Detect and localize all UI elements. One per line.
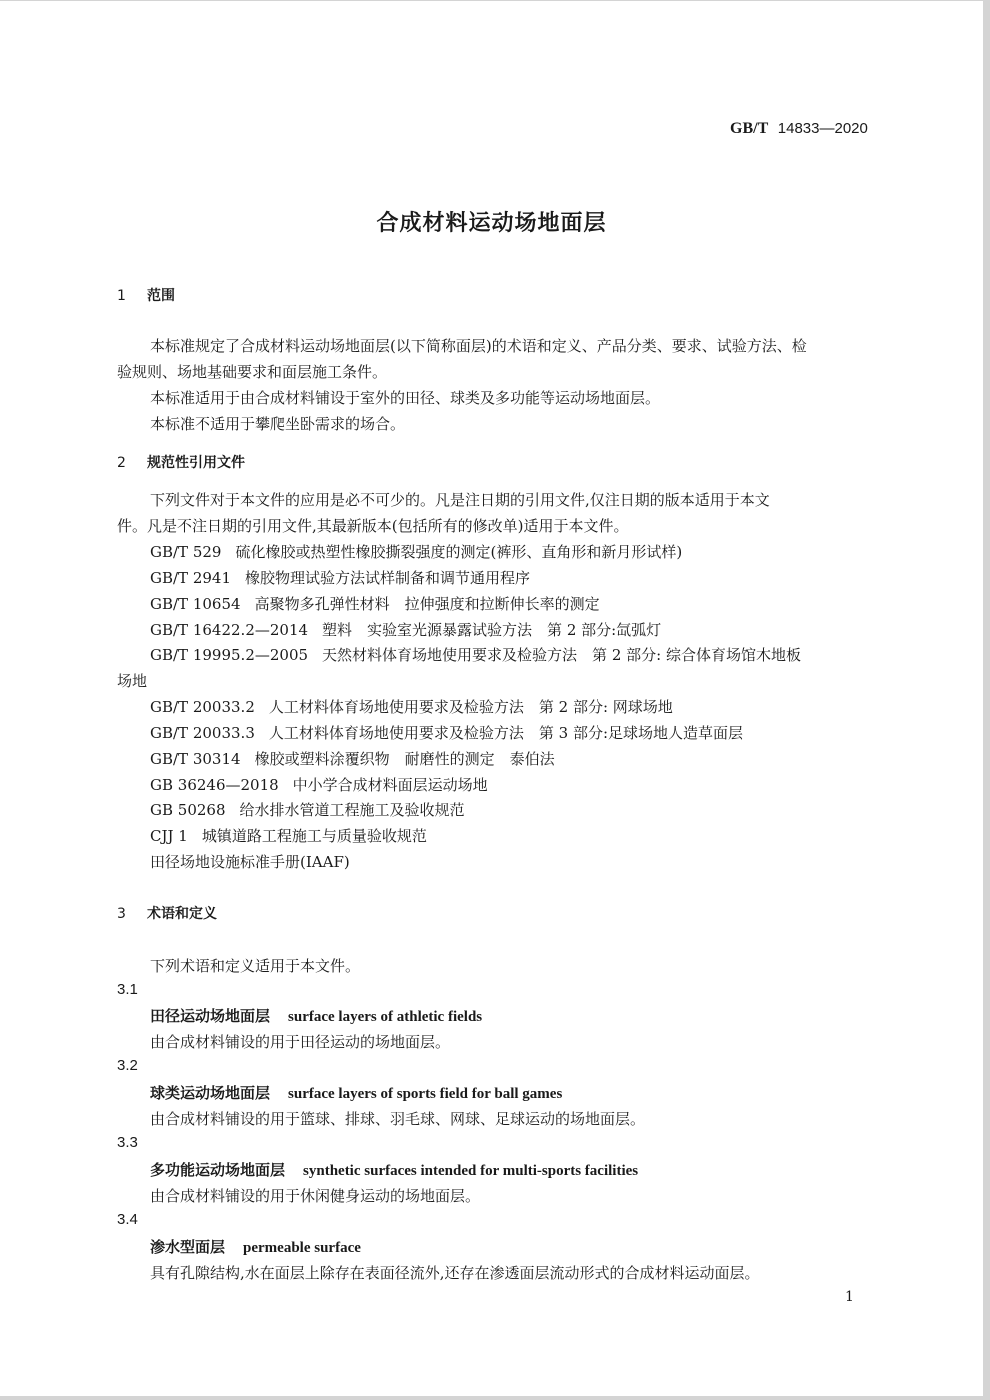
section-number: 2 bbox=[117, 455, 147, 471]
reference-code: GB 36246—2018 bbox=[150, 776, 279, 794]
term-en: surface layers of athletic fields bbox=[288, 1009, 482, 1025]
reference-item: CJJ 1城镇道路工程施工与质量验收规范 bbox=[150, 825, 427, 846]
term-en: surface layers of sports field for ball … bbox=[288, 1086, 562, 1102]
reference-title: 高聚物多孔弹性材料 拉伸强度和拉断伸长率的测定 bbox=[255, 595, 600, 613]
reference-code: GB/T 20033.3 bbox=[150, 724, 255, 742]
term-en: synthetic surfaces intended for multi-sp… bbox=[303, 1163, 638, 1179]
term-definition: 具有孔隙结构,水在面层上除存在表面径流外,还存在渗透面层流动形式的合成材料运动面… bbox=[150, 1262, 760, 1283]
reference-item: GB/T 16422.2—2014塑料 实验室光源暴露试验方法 第 2 部分:氙… bbox=[150, 619, 661, 640]
standard-number: GB/T 14833—2020 bbox=[730, 119, 868, 138]
reference-code: CJJ 1 bbox=[150, 827, 188, 845]
reference-item: 田径场地设施标准手册(IAAF) bbox=[150, 851, 350, 872]
reference-code: GB/T 19995.2—2005 bbox=[150, 646, 308, 664]
document-title: 合成材料运动场地面层 bbox=[0, 206, 983, 237]
section-number: 1 bbox=[117, 288, 147, 304]
term-definition: 由合成材料铺设的用于田径运动的场地面层。 bbox=[150, 1031, 450, 1052]
section-heading-3: 3术语和定义 bbox=[117, 903, 217, 923]
reference-title: 橡胶物理试验方法试样制备和调节通用程序 bbox=[245, 569, 530, 587]
term-heading: 田径运动场地面层surface layers of athletic field… bbox=[150, 1005, 482, 1026]
paragraph: 本标准规定了合成材料运动场地面层(以下简称面层)的术语和定义、产品分类、要求、试… bbox=[150, 335, 807, 356]
reference-item: GB 36246—2018中小学合成材料面层运动场地 bbox=[150, 774, 488, 795]
reference-item: GB/T 20033.2人工材料体育场地使用要求及检验方法 第 2 部分: 网球… bbox=[150, 696, 673, 717]
clause-number: 3.2 bbox=[117, 1057, 138, 1074]
reference-item: GB 50268给水排水管道工程施工及验收规范 bbox=[150, 799, 465, 820]
reference-title: 给水排水管道工程施工及验收规范 bbox=[240, 801, 465, 819]
reference-title: 硫化橡胶或热塑性橡胶撕裂强度的测定(裤形、直角形和新月形试样) bbox=[235, 543, 682, 561]
reference-continuation: 场地 bbox=[117, 670, 147, 691]
term-zh: 渗水型面层 bbox=[150, 1238, 225, 1256]
section-heading-2: 2规范性引用文件 bbox=[117, 452, 245, 472]
section-title: 术语和定义 bbox=[147, 906, 217, 922]
reference-item: GB/T 30314橡胶或塑料涂覆织物 耐磨性的测定 泰伯法 bbox=[150, 748, 555, 769]
term-definition: 由合成材料铺设的用于休闲健身运动的场地面层。 bbox=[150, 1185, 480, 1206]
standard-prefix: GB/T bbox=[730, 120, 768, 137]
standard-code: 14833—2020 bbox=[778, 120, 868, 137]
term-heading: 渗水型面层permeable surface bbox=[150, 1236, 361, 1257]
clause-number: 3.4 bbox=[117, 1211, 138, 1228]
paragraph: 下列术语和定义适用于本文件。 bbox=[150, 955, 360, 976]
section-title: 范围 bbox=[147, 288, 175, 304]
term-definition: 由合成材料铺设的用于篮球、排球、羽毛球、网球、足球运动的场地面层。 bbox=[150, 1108, 645, 1129]
reference-code: GB/T 10654 bbox=[150, 595, 241, 613]
term-heading: 多功能运动场地面层synthetic surfaces intended for… bbox=[150, 1159, 638, 1180]
reference-item: GB/T 20033.3人工材料体育场地使用要求及检验方法 第 3 部分:足球场… bbox=[150, 722, 743, 743]
section-title: 规范性引用文件 bbox=[147, 455, 245, 471]
reference-title: 人工材料体育场地使用要求及检验方法 第 2 部分: 网球场地 bbox=[269, 698, 673, 716]
reference-code: GB 50268 bbox=[150, 801, 226, 819]
reference-code: GB/T 529 bbox=[150, 543, 221, 561]
term-zh: 多功能运动场地面层 bbox=[150, 1161, 285, 1179]
reference-item: GB/T 10654高聚物多孔弹性材料 拉伸强度和拉断伸长率的测定 bbox=[150, 593, 600, 614]
reference-code: GB/T 20033.2 bbox=[150, 698, 255, 716]
reference-title: 人工材料体育场地使用要求及检验方法 第 3 部分:足球场地人造草面层 bbox=[269, 724, 743, 742]
reference-title: 塑料 实验室光源暴露试验方法 第 2 部分:氙弧灯 bbox=[322, 621, 661, 639]
document-page: GB/T 14833—2020 合成材料运动场地面层 1范围 本标准规定了合成材… bbox=[0, 1, 983, 1396]
reference-title: 橡胶或塑料涂覆织物 耐磨性的测定 泰伯法 bbox=[255, 750, 555, 768]
section-number: 3 bbox=[117, 906, 147, 922]
paragraph: 本标准不适用于攀爬坐卧需求的场合。 bbox=[150, 413, 405, 434]
page-number: 1 bbox=[845, 1289, 854, 1305]
reference-title: 中小学合成材料面层运动场地 bbox=[293, 776, 488, 794]
term-heading: 球类运动场地面层surface layers of sports field f… bbox=[150, 1082, 562, 1103]
reference-code: GB/T 2941 bbox=[150, 569, 231, 587]
paragraph: 验规则、场地基础要求和面层施工条件。 bbox=[117, 361, 387, 382]
reference-item: GB/T 529硫化橡胶或热塑性橡胶撕裂强度的测定(裤形、直角形和新月形试样) bbox=[150, 541, 682, 562]
reference-item: GB/T 19995.2—2005天然材料体育场地使用要求及检验方法 第 2 部… bbox=[150, 644, 801, 665]
clause-number: 3.1 bbox=[117, 981, 138, 998]
paragraph: 下列文件对于本文件的应用是必不可少的。凡是注日期的引用文件,仅注日期的版本适用于… bbox=[150, 489, 770, 510]
term-en: permeable surface bbox=[243, 1240, 361, 1256]
reference-code: GB/T 30314 bbox=[150, 750, 241, 768]
reference-item: GB/T 2941橡胶物理试验方法试样制备和调节通用程序 bbox=[150, 567, 530, 588]
reference-code: GB/T 16422.2—2014 bbox=[150, 621, 308, 639]
paragraph: 本标准适用于由合成材料铺设于室外的田径、球类及多功能等运动场地面层。 bbox=[150, 387, 660, 408]
reference-title: 天然材料体育场地使用要求及检验方法 第 2 部分: 综合体育场馆木地板 bbox=[322, 646, 801, 664]
reference-title: 城镇道路工程施工与质量验收规范 bbox=[202, 827, 427, 845]
term-zh: 球类运动场地面层 bbox=[150, 1084, 270, 1102]
paragraph: 件。凡是不注日期的引用文件,其最新版本(包括所有的修改单)适用于本文件。 bbox=[117, 515, 628, 536]
section-heading-1: 1范围 bbox=[117, 285, 175, 305]
clause-number: 3.3 bbox=[117, 1134, 138, 1151]
term-zh: 田径运动场地面层 bbox=[150, 1007, 270, 1025]
